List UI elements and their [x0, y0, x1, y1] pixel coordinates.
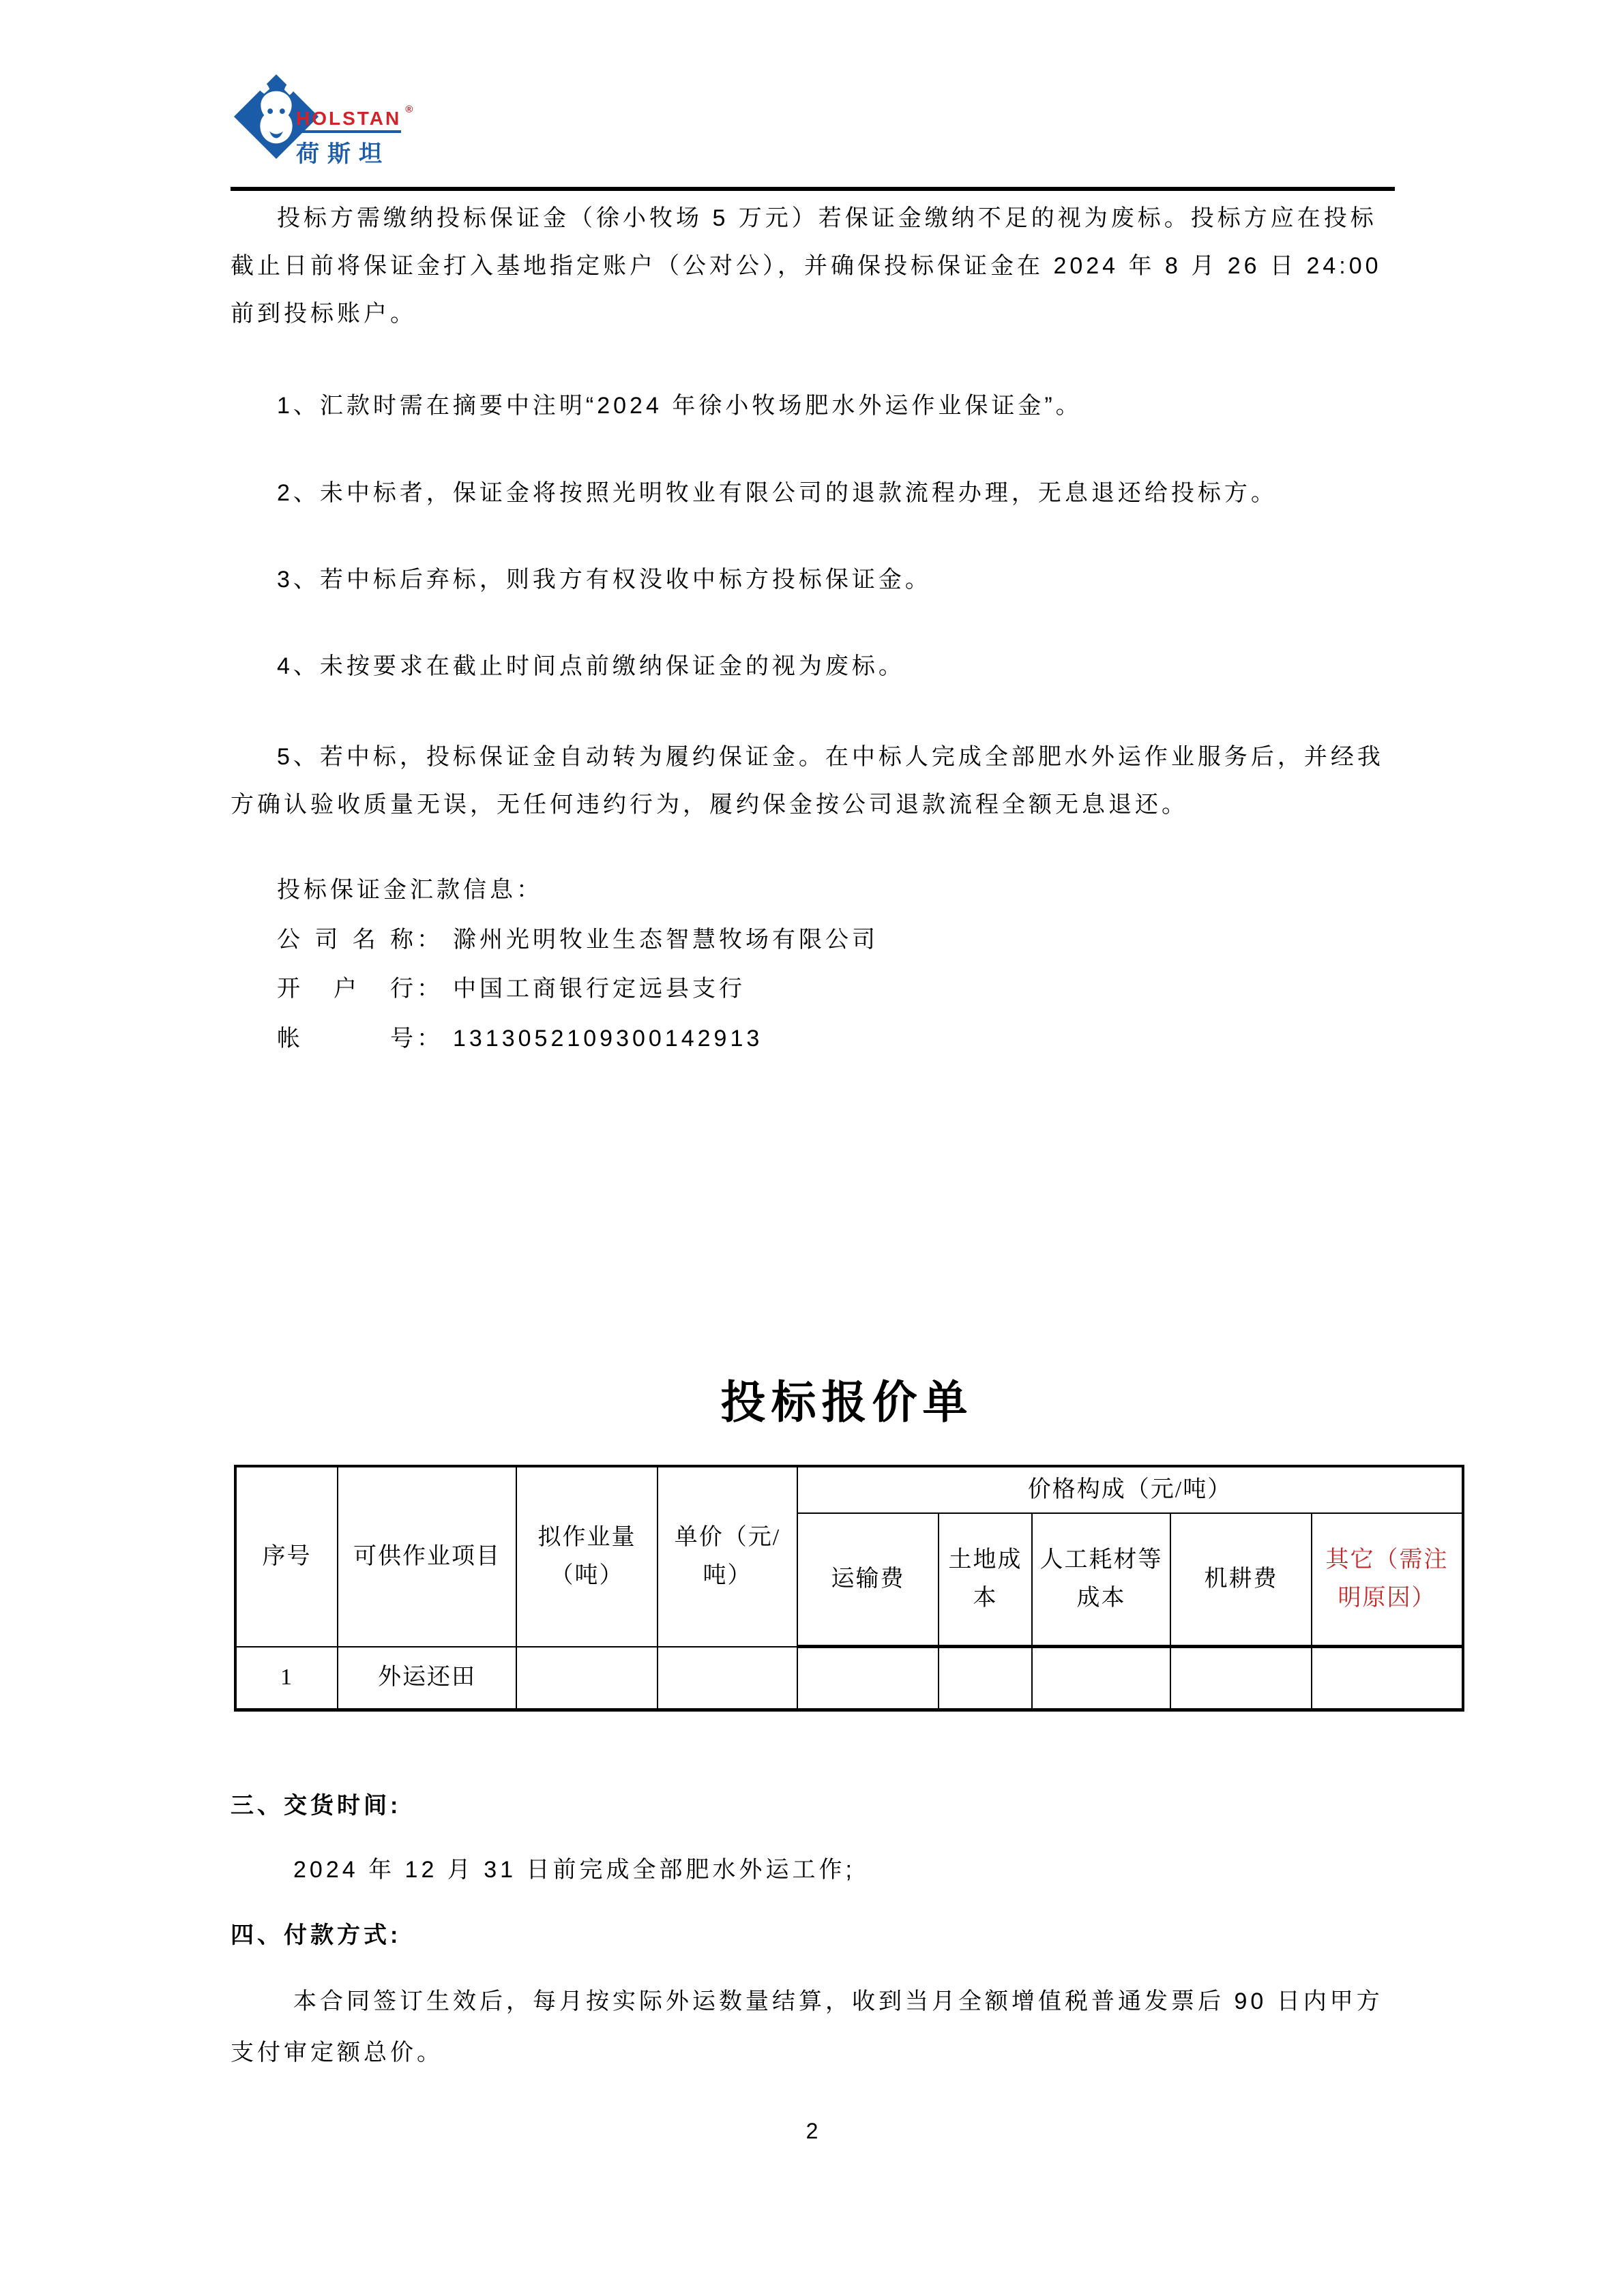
- logo-brand-chinese: 荷斯坦: [296, 135, 413, 168]
- header-rule: [231, 187, 1395, 191]
- remittance-heading: 投标保证金汇款信息：: [231, 866, 1395, 914]
- remittance-company-value: 滁州光明牧业生态智慧牧场有限公司: [453, 927, 879, 953]
- header-land-cost: 土地成本: [939, 1513, 1032, 1647]
- remittance-account-row: 帐号：1313052109300142913: [277, 1015, 1232, 1062]
- header-transport-fee: 运输费: [797, 1513, 939, 1647]
- header-unit-price: 单价（元/吨）: [658, 1466, 797, 1647]
- document-page: HOLSTAN® 荷斯坦 投标方需缴纳投标保证金（徐小牧场 5 万元）若保证金缴…: [0, 0, 1624, 2296]
- section-payment-heading: 四、付款方式:: [231, 1911, 1395, 1959]
- registered-trademark-icon: ®: [405, 104, 413, 115]
- remittance-bank-row: 开户行：中国工商银行定远县支行: [277, 965, 1232, 1013]
- header-quantity: 拟作业量（吨）: [516, 1466, 658, 1647]
- header-labor-cost: 人工耗材等成本: [1032, 1513, 1170, 1647]
- logo-brand-text: HOLSTAN: [296, 108, 401, 133]
- quotation-table: 序号 可供作业项目 拟作业量（吨） 单价（元/吨） 价格构成（元/吨） 运输费 …: [234, 1465, 1464, 1712]
- header-machine-fee: 机耕费: [1170, 1513, 1312, 1647]
- quotation-title: 投标报价单: [231, 1369, 1463, 1437]
- header-seq: 序号: [235, 1466, 338, 1647]
- cell-seq: 1: [235, 1647, 338, 1710]
- term-item-4: 4、未按要求在截止时间点前缴纳保证金的视为废标。: [231, 642, 1395, 690]
- cell-land: [939, 1647, 1032, 1710]
- page-number: 2: [0, 2117, 1624, 2145]
- intro-paragraph: 投标方需缴纳投标保证金（徐小牧场 5 万元）若保证金缴纳不足的视为废标。投标方应…: [231, 194, 1395, 338]
- cell-labor: [1032, 1647, 1170, 1710]
- header-project: 可供作业项目: [338, 1466, 516, 1647]
- remittance-company-row: 公司名称：滁州光明牧业生态智慧牧场有限公司: [277, 916, 1232, 964]
- term-item-3: 3、若中标后弃标，则我方有权没收中标方投标保证金。: [231, 556, 1395, 603]
- remittance-bank-value: 中国工商银行定远县支行: [453, 976, 745, 1002]
- section-delivery-heading: 三、交货时间:: [231, 1782, 1395, 1830]
- term-item-2: 2、未中标者，保证金将按照光明牧业有限公司的退款流程办理，无息退还给投标方。: [231, 469, 1395, 517]
- term-item-5: 5、若中标，投标保证金自动转为履约保证金。在中标人完成全部肥水外运作业服务后，并…: [231, 733, 1395, 829]
- colon: ：: [417, 965, 443, 1013]
- cell-machine: [1170, 1647, 1312, 1710]
- remittance-account-value: 1313052109300142913: [453, 1026, 763, 1052]
- header-other: 其它（需注明原因）: [1312, 1513, 1463, 1647]
- logo-text: HOLSTAN® 荷斯坦: [296, 104, 413, 168]
- cell-quantity: [516, 1647, 658, 1710]
- remittance-company-label: 公司名称: [277, 916, 417, 964]
- section-delivery-body: 2024 年 12 月 31 日前完成全部肥水外运工作;: [231, 1846, 1395, 1894]
- colon: ：: [417, 916, 443, 964]
- colon: ：: [417, 1015, 443, 1062]
- cell-transport: [797, 1647, 939, 1710]
- cell-unit-price: [658, 1647, 797, 1710]
- remittance-bank-label: 开户行: [277, 965, 417, 1013]
- header-price-composition: 价格构成（元/吨）: [797, 1466, 1463, 1513]
- cell-other: [1312, 1647, 1463, 1710]
- logo: HOLSTAN® 荷斯坦: [232, 68, 518, 164]
- cell-project: 外运还田: [338, 1647, 516, 1710]
- term-item-1: 1、汇款时需在摘要中注明“2024 年徐小牧场肥水外运作业保证金”。: [231, 382, 1395, 430]
- remittance-account-label: 帐号: [277, 1015, 417, 1062]
- section-payment-body: 本合同签订生效后，每月按实际外运数量结算，收到当月全额增值税普通发票后 90 日…: [231, 1976, 1395, 2078]
